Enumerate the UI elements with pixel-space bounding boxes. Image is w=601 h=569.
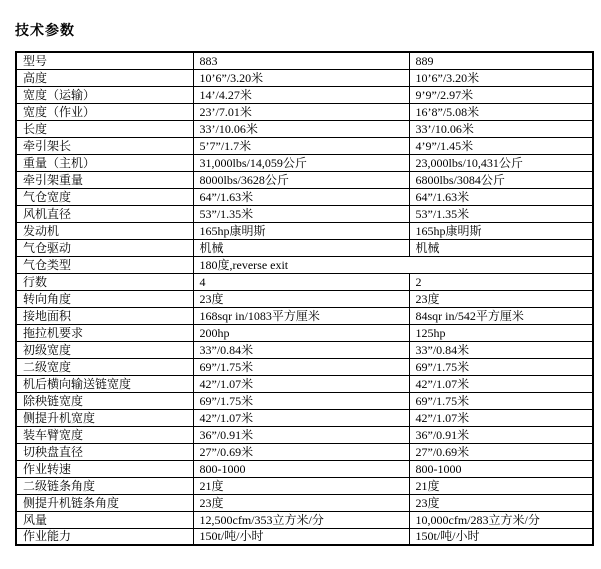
table-row: 发动机165hp康明斯165hp康明斯 <box>16 222 593 239</box>
spec-value: 10’6”/3.20米 <box>193 69 409 86</box>
spec-value: 机械 <box>193 239 409 256</box>
table-row: 机后横向输送链宽度42”/1.07米42”/1.07米 <box>16 375 593 392</box>
spec-value: 42”/1.07米 <box>193 375 409 392</box>
spec-label: 牵引架重量 <box>16 171 193 188</box>
spec-label: 宽度（作业） <box>16 103 193 120</box>
table-row: 切秧盘直径27”/0.69米27”/0.69米 <box>16 443 593 460</box>
spec-label: 侧提升机链条角度 <box>16 494 193 511</box>
table-row: 牵引架长5’7”/1.7米4’9”/1.45米 <box>16 137 593 154</box>
spec-value: 800-1000 <box>409 460 593 477</box>
table-row: 作业能力150t/吨/小时150t/吨/小时 <box>16 528 593 545</box>
spec-label: 二级链条角度 <box>16 477 193 494</box>
spec-label: 风机直径 <box>16 205 193 222</box>
spec-value: 2 <box>409 273 593 290</box>
spec-label: 机后横向输送链宽度 <box>16 375 193 392</box>
spec-value: 23度 <box>193 290 409 307</box>
spec-value: 12,500cfm/353立方米/分 <box>193 511 409 528</box>
spec-value: 4’9”/1.45米 <box>409 137 593 154</box>
spec-value: 16’8”/5.08米 <box>409 103 593 120</box>
spec-label: 牵引架长 <box>16 137 193 154</box>
spec-value: 27”/0.69米 <box>409 443 593 460</box>
spec-value: 5’7”/1.7米 <box>193 137 409 154</box>
spec-value: 23’/7.01米 <box>193 103 409 120</box>
spec-value: 165hp康明斯 <box>409 222 593 239</box>
table-row: 转向角度23度23度 <box>16 290 593 307</box>
table-row: 风机直径53”/1.35米53”/1.35米 <box>16 205 593 222</box>
spec-label: 宽度（运输） <box>16 86 193 103</box>
spec-label: 重量（主机） <box>16 154 193 171</box>
spec-label: 切秧盘直径 <box>16 443 193 460</box>
spec-label: 二级宽度 <box>16 358 193 375</box>
spec-label: 转向角度 <box>16 290 193 307</box>
spec-value: 165hp康明斯 <box>193 222 409 239</box>
spec-value: 31,000lbs/14,059公斤 <box>193 154 409 171</box>
spec-label: 初级宽度 <box>16 341 193 358</box>
table-row: 型号883889 <box>16 52 593 69</box>
spec-value: 64”/1.63米 <box>409 188 593 205</box>
spec-value: 150t/吨/小时 <box>193 528 409 545</box>
spec-value: 9’9”/2.97米 <box>409 86 593 103</box>
spec-value: 168sqr in/1083平方厘米 <box>193 307 409 324</box>
table-row: 宽度（作业）23’/7.01米16’8”/5.08米 <box>16 103 593 120</box>
spec-label: 型号 <box>16 52 193 69</box>
spec-value: 27”/0.69米 <box>193 443 409 460</box>
table-row: 高度10’6”/3.20米10’6”/3.20米 <box>16 69 593 86</box>
spec-label: 作业能力 <box>16 528 193 545</box>
spec-value: 42”/1.07米 <box>193 409 409 426</box>
spec-value: 33’/10.06米 <box>409 120 593 137</box>
spec-label: 除秧链宽度 <box>16 392 193 409</box>
spec-label: 气仓驱动 <box>16 239 193 256</box>
spec-value: 33’/10.06米 <box>193 120 409 137</box>
spec-value: 14’/4.27米 <box>193 86 409 103</box>
spec-value: 883 <box>193 52 409 69</box>
specs-table-body: 型号883889高度10’6”/3.20米10’6”/3.20米宽度（运输）14… <box>16 52 593 545</box>
spec-value: 10,000cfm/283立方米/分 <box>409 511 593 528</box>
table-row: 二级链条角度21度21度 <box>16 477 593 494</box>
spec-label: 高度 <box>16 69 193 86</box>
spec-label: 风量 <box>16 511 193 528</box>
spec-value: 69”/1.75米 <box>409 392 593 409</box>
spec-value: 180度,reverse exit <box>193 256 593 273</box>
table-row: 气仓类型180度,reverse exit <box>16 256 593 273</box>
spec-value: 8000lbs/3628公斤 <box>193 171 409 188</box>
table-row: 二级宽度69”/1.75米69”/1.75米 <box>16 358 593 375</box>
table-row: 作业转速800-1000800-1000 <box>16 460 593 477</box>
spec-value: 21度 <box>409 477 593 494</box>
spec-value: 机械 <box>409 239 593 256</box>
table-row: 侧提升机链条角度23度23度 <box>16 494 593 511</box>
table-row: 初级宽度33”/0.84米33”/0.84米 <box>16 341 593 358</box>
spec-value: 200hp <box>193 324 409 341</box>
spec-value: 33”/0.84米 <box>409 341 593 358</box>
page-title: 技术参数 <box>15 20 75 40</box>
spec-value: 64”/1.63米 <box>193 188 409 205</box>
spec-value: 125hp <box>409 324 593 341</box>
table-row: 拖拉机要求200hp125hp <box>16 324 593 341</box>
table-row: 气仓驱动机械机械 <box>16 239 593 256</box>
spec-value: 21度 <box>193 477 409 494</box>
document-page: 技术参数 型号883889高度10’6”/3.20米10’6”/3.20米宽度（… <box>0 0 601 569</box>
spec-value: 6800lbs/3084公斤 <box>409 171 593 188</box>
spec-label: 行数 <box>16 273 193 290</box>
table-row: 牵引架重量8000lbs/3628公斤6800lbs/3084公斤 <box>16 171 593 188</box>
table-row: 除秧链宽度69”/1.75米69”/1.75米 <box>16 392 593 409</box>
table-row: 重量（主机）31,000lbs/14,059公斤23,000lbs/10,431… <box>16 154 593 171</box>
spec-label: 气仓类型 <box>16 256 193 273</box>
spec-label: 装车臂宽度 <box>16 426 193 443</box>
spec-value: 4 <box>193 273 409 290</box>
table-row: 宽度（运输）14’/4.27米9’9”/2.97米 <box>16 86 593 103</box>
spec-value: 53”/1.35米 <box>409 205 593 222</box>
spec-value: 69”/1.75米 <box>193 392 409 409</box>
spec-value: 53”/1.35米 <box>193 205 409 222</box>
spec-value: 23度 <box>409 290 593 307</box>
spec-value: 800-1000 <box>193 460 409 477</box>
table-row: 行数42 <box>16 273 593 290</box>
spec-label: 接地面积 <box>16 307 193 324</box>
spec-label: 拖拉机要求 <box>16 324 193 341</box>
spec-value: 69”/1.75米 <box>193 358 409 375</box>
spec-value: 36”/0.91米 <box>409 426 593 443</box>
spec-value: 69”/1.75米 <box>409 358 593 375</box>
spec-value: 84sqr in/542平方厘米 <box>409 307 593 324</box>
table-row: 气仓宽度64”/1.63米64”/1.63米 <box>16 188 593 205</box>
table-row: 接地面积168sqr in/1083平方厘米84sqr in/542平方厘米 <box>16 307 593 324</box>
spec-value: 33”/0.84米 <box>193 341 409 358</box>
spec-label: 作业转速 <box>16 460 193 477</box>
spec-label: 长度 <box>16 120 193 137</box>
spec-value: 23,000lbs/10,431公斤 <box>409 154 593 171</box>
table-row: 装车臂宽度36”/0.91米36”/0.91米 <box>16 426 593 443</box>
specs-table: 型号883889高度10’6”/3.20米10’6”/3.20米宽度（运输）14… <box>15 51 594 546</box>
spec-value: 889 <box>409 52 593 69</box>
spec-label: 发动机 <box>16 222 193 239</box>
spec-value: 23度 <box>409 494 593 511</box>
spec-label: 侧提升机宽度 <box>16 409 193 426</box>
spec-label: 气仓宽度 <box>16 188 193 205</box>
spec-value: 10’6”/3.20米 <box>409 69 593 86</box>
table-row: 风量12,500cfm/353立方米/分10,000cfm/283立方米/分 <box>16 511 593 528</box>
spec-value: 150t/吨/小时 <box>409 528 593 545</box>
table-row: 侧提升机宽度42”/1.07米42”/1.07米 <box>16 409 593 426</box>
table-row: 长度33’/10.06米33’/10.06米 <box>16 120 593 137</box>
spec-value: 36”/0.91米 <box>193 426 409 443</box>
spec-value: 23度 <box>193 494 409 511</box>
spec-value: 42”/1.07米 <box>409 409 593 426</box>
spec-value: 42”/1.07米 <box>409 375 593 392</box>
